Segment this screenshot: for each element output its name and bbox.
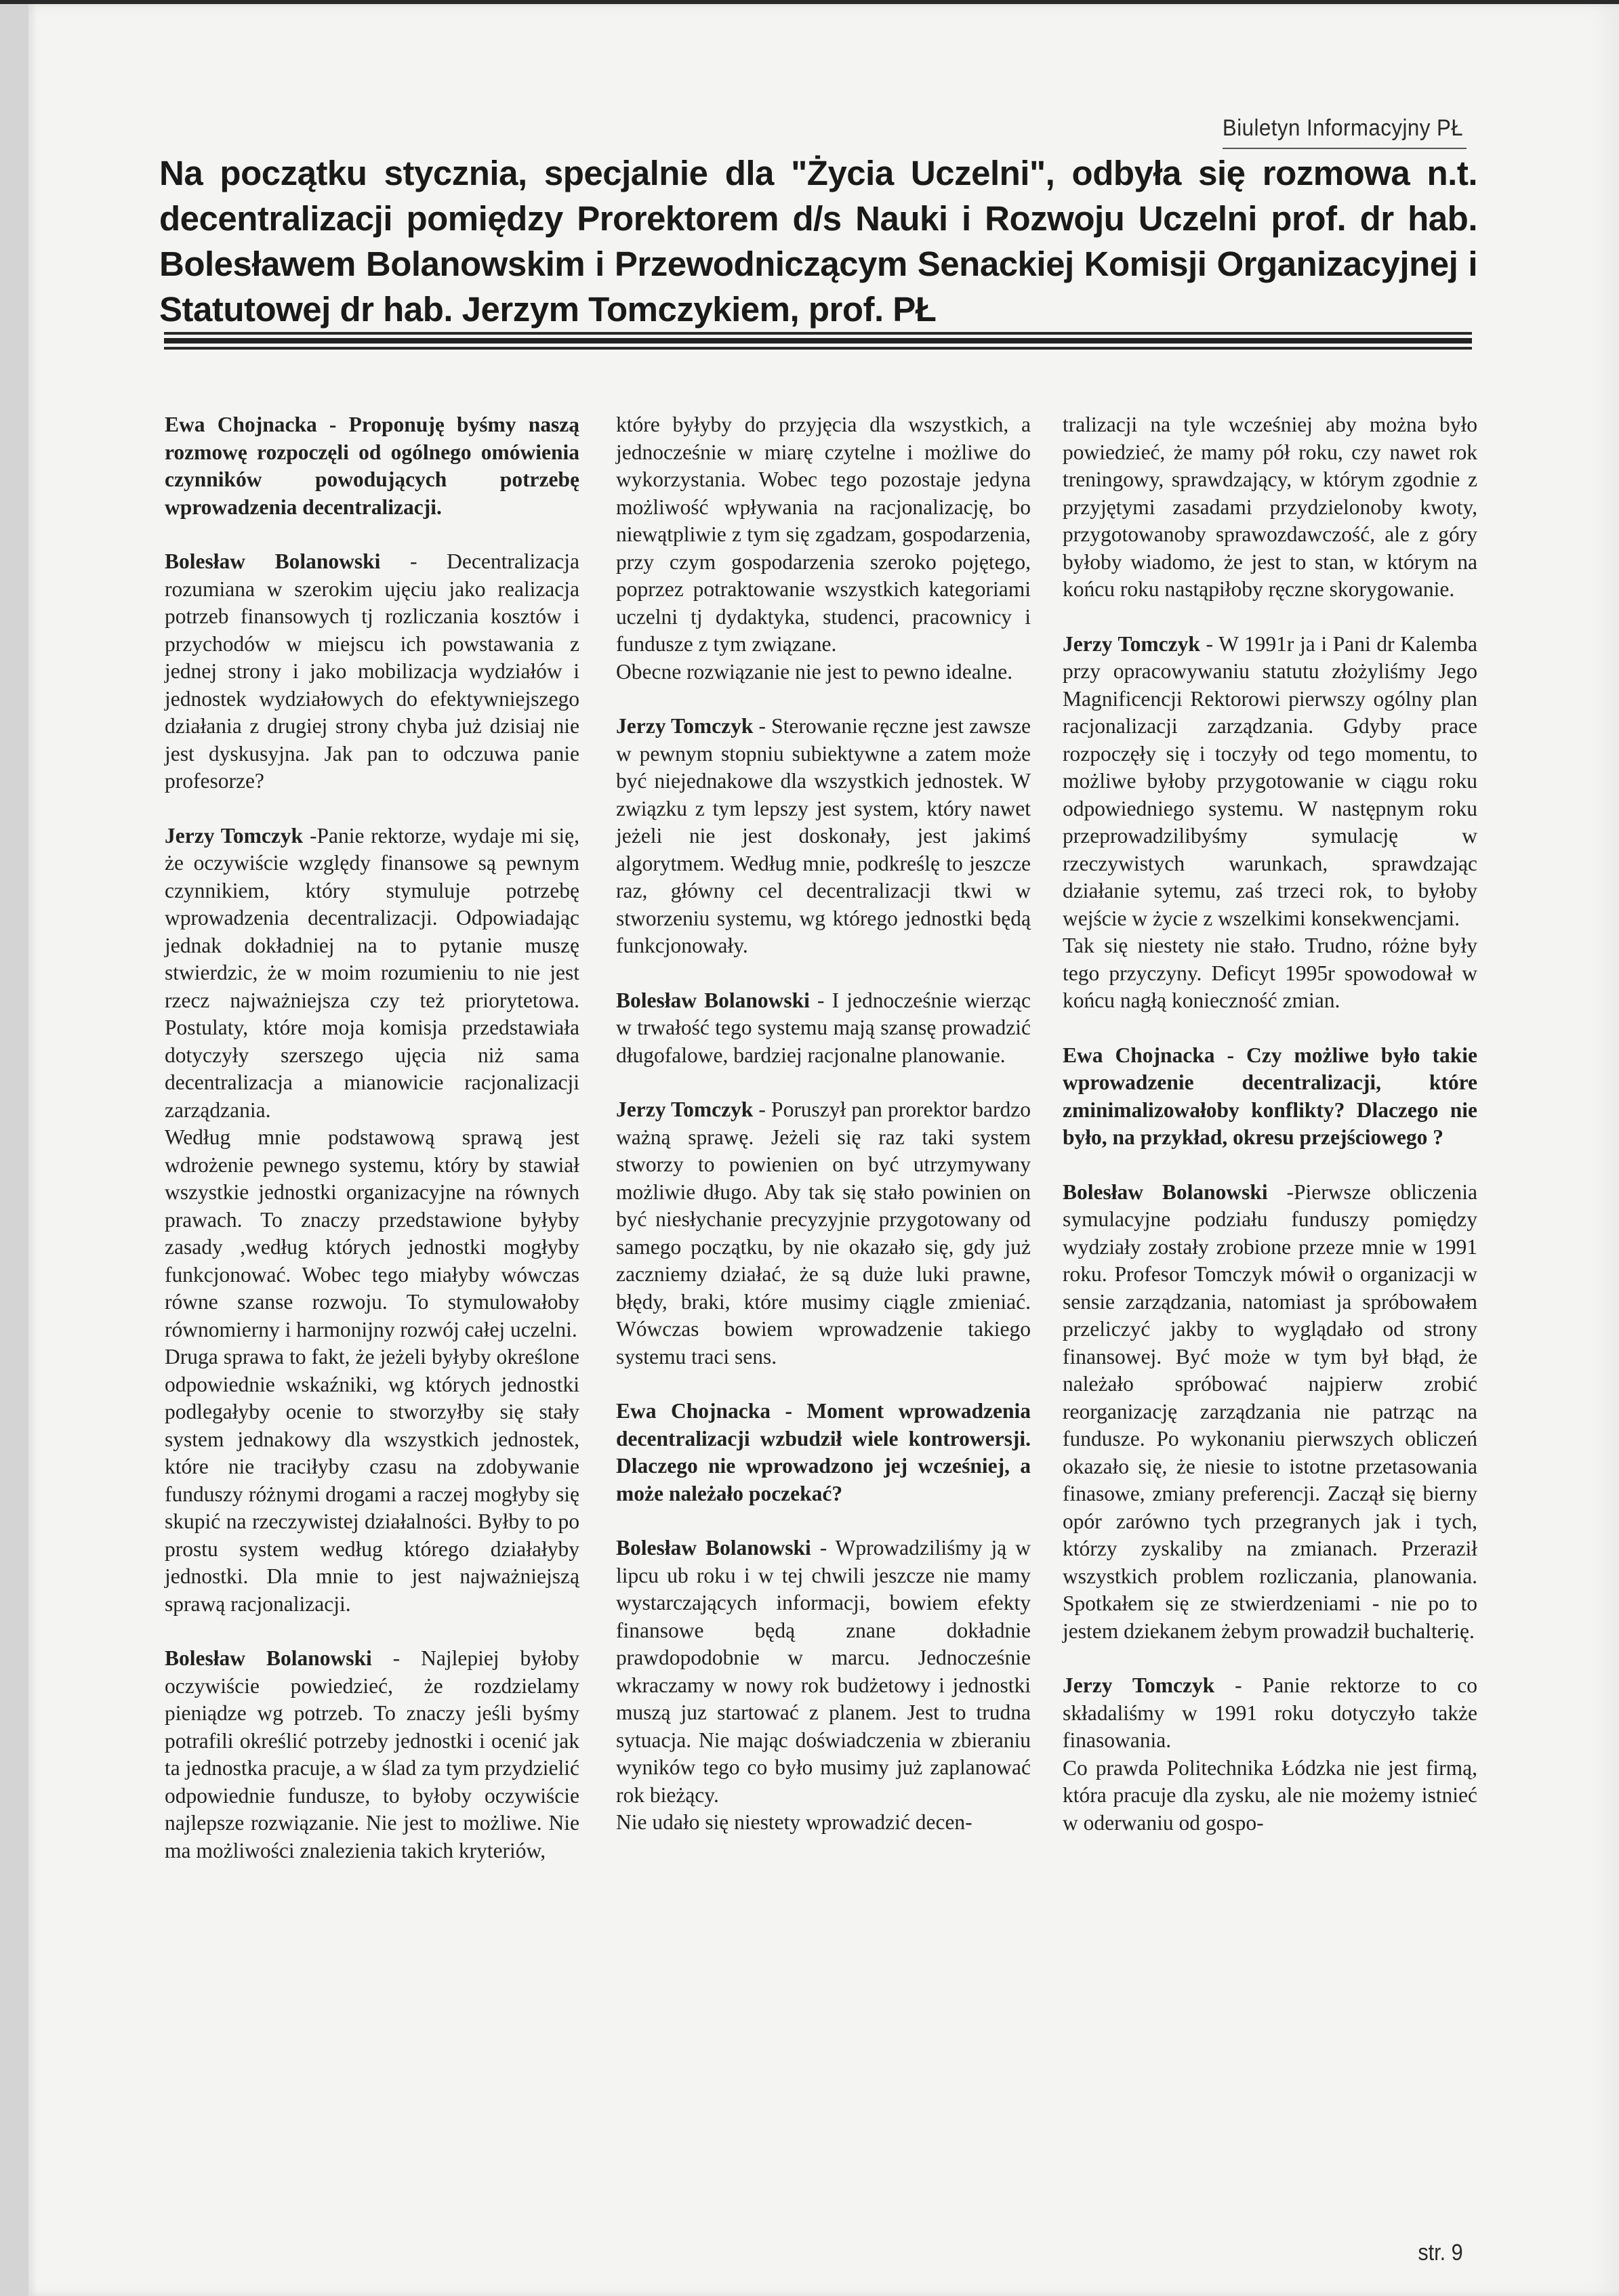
- speaker-name: Bolesław Bolanowski: [616, 1536, 811, 1560]
- interview-paragraph: Jerzy Tomczyk - Sterowanie ręczne jest z…: [616, 713, 1031, 960]
- paragraph-text: W 1991r ja i Pani dr Kalemba przy opraco…: [1063, 632, 1477, 930]
- interview-question: Ewa Chojnacka - Moment wprowadzenia dece…: [616, 1398, 1031, 1507]
- paragraph-text: Decentralizacja rozumiana w szerokim uję…: [165, 549, 579, 793]
- speaker-name: Ewa Chojnacka: [165, 413, 317, 436]
- paragraph-text: Panie rektorze, wydaje mi się, że oczywi…: [165, 824, 579, 1122]
- scan-margin: [0, 4, 28, 2296]
- paragraph-text: tralizacji na tyle wcześniej aby można b…: [1063, 413, 1477, 601]
- speaker-separator: -: [372, 1646, 421, 1670]
- divider-line: [164, 338, 1472, 343]
- triple-divider: [164, 332, 1472, 350]
- speaker-name: Jerzy Tomczyk: [616, 1098, 753, 1121]
- speaker-separator: -: [811, 1536, 836, 1560]
- speaker-name: Jerzy Tomczyk: [1063, 1673, 1214, 1697]
- speaker-separator: -: [1215, 1043, 1247, 1067]
- text-column-2: które byłyby do przyjęcia dla wszystkich…: [616, 411, 1031, 1837]
- interview-paragraph: Tak się niestety nie stało. Trudno, różn…: [1063, 932, 1477, 1015]
- interview-paragraph: Jerzy Tomczyk - W 1991r ja i Pani dr Kal…: [1063, 631, 1477, 933]
- speaker-separator: -: [1200, 632, 1218, 656]
- interview-paragraph: Nie udało się niestety wprowadzić decen-: [616, 1809, 1031, 1837]
- text-column-1: Ewa Chojnacka - Proponuję byśmy naszą ro…: [165, 411, 579, 1864]
- speaker-name: Bolesław Bolanowski: [165, 549, 380, 573]
- speaker-separator: -: [753, 1098, 771, 1121]
- paragraph-text: Nie udało się niestety wprowadzić decen-: [616, 1810, 972, 1834]
- paragraph-text: Tak się niestety nie stało. Trudno, różn…: [1063, 934, 1477, 1012]
- interview-paragraph: Jerzy Tomczyk - Panie rektorze to co skł…: [1063, 1672, 1477, 1755]
- paragraph-text: Druga sprawa to fakt, że jeżeli byłyby o…: [165, 1345, 579, 1616]
- interview-paragraph: Co prawda Politechnika Łódzka nie jest f…: [1063, 1755, 1477, 1837]
- interview-paragraph: Jerzy Tomczyk -Panie rektorze, wydaje mi…: [165, 822, 579, 1125]
- speaker-separator: -: [771, 1399, 806, 1423]
- paragraph-text: Sterowanie ręczne jest zawsze w pewnym s…: [616, 714, 1031, 957]
- paragraph-text: Co prawda Politechnika Łódzka nie jest f…: [1063, 1756, 1477, 1835]
- text-column-3: tralizacji na tyle wcześniej aby można b…: [1063, 411, 1477, 1837]
- speaker-name: Jerzy Tomczyk: [1063, 632, 1200, 656]
- interview-paragraph: Jerzy Tomczyk - Poruszył pan prorektor b…: [616, 1096, 1031, 1371]
- speaker-name: Jerzy Tomczyk: [616, 714, 753, 738]
- speaker-separator: -: [810, 988, 832, 1012]
- speaker-name: Bolesław Bolanowski: [165, 1646, 372, 1670]
- speaker-name: Ewa Chojnacka: [1063, 1043, 1215, 1067]
- speaker-separator: -: [1268, 1180, 1294, 1204]
- paragraph-text: Obecne rozwiązanie nie jest to pewno ide…: [616, 660, 1012, 684]
- paragraph-text: Poruszył pan prorektor bardzo ważną spra…: [616, 1098, 1031, 1369]
- header-rule: [1223, 148, 1467, 149]
- speaker-separator: -: [753, 714, 771, 738]
- divider-line: [164, 347, 1472, 350]
- interview-paragraph: Bolesław Bolanowski - Decentralizacja ro…: [165, 548, 579, 795]
- interview-paragraph: Bolesław Bolanowski - Najlepiej byłoby o…: [165, 1645, 579, 1864]
- interview-paragraph: Bolesław Bolanowski - Wprowadziliśmy ją …: [616, 1535, 1031, 1809]
- speaker-separator: -: [317, 413, 349, 436]
- paragraph-text: które byłyby do przyjęcia dla wszystkich…: [616, 413, 1031, 656]
- speaker-name: Jerzy Tomczyk: [165, 824, 303, 848]
- interview-paragraph: Druga sprawa to fakt, że jeżeli byłyby o…: [165, 1343, 579, 1618]
- speaker-separator: -: [303, 824, 316, 848]
- speaker-separator: -: [380, 549, 447, 573]
- paragraph-text: Wprowadziliśmy ją w lipcu ub roku i w te…: [616, 1536, 1031, 1807]
- speaker-name: Bolesław Bolanowski: [1063, 1180, 1268, 1204]
- interview-paragraph: Według mnie podstawową sprawą jest wdroż…: [165, 1124, 579, 1343]
- interview-paragraph: Obecne rozwiązanie nie jest to pewno ide…: [616, 659, 1031, 686]
- interview-paragraph: Bolesław Bolanowski -Pierwsze obliczenia…: [1063, 1179, 1477, 1646]
- article-body: Ewa Chojnacka - Proponuję byśmy naszą ro…: [165, 411, 1473, 2200]
- running-header: Biuletyn Informacyjny PŁ: [1223, 115, 1463, 142]
- paragraph-text: Najlepiej byłoby oczywiście powiedzieć, …: [165, 1646, 579, 1862]
- interview-question: Ewa Chojnacka - Proponuję byśmy naszą ro…: [165, 411, 579, 521]
- page-number: str. 9: [1418, 2240, 1463, 2266]
- speaker-separator: -: [1214, 1673, 1262, 1697]
- interview-paragraph: Bolesław Bolanowski - I jednocześnie wie…: [616, 987, 1031, 1070]
- divider-line: [164, 332, 1472, 335]
- speaker-name: Ewa Chojnacka: [616, 1399, 771, 1423]
- paragraph-text: Według mnie podstawową sprawą jest wdroż…: [165, 1125, 579, 1341]
- paragraph-text: Pierwsze obliczenia symulacyjne podziału…: [1063, 1180, 1477, 1643]
- article-headline: Na początku stycznia, specjalnie dla "Ży…: [159, 150, 1477, 332]
- interview-paragraph: które byłyby do przyjęcia dla wszystkich…: [616, 411, 1031, 659]
- interview-paragraph: tralizacji na tyle wcześniej aby można b…: [1063, 411, 1477, 604]
- interview-question: Ewa Chojnacka - Czy możliwe było takie w…: [1063, 1042, 1477, 1152]
- speaker-name: Bolesław Bolanowski: [616, 988, 810, 1012]
